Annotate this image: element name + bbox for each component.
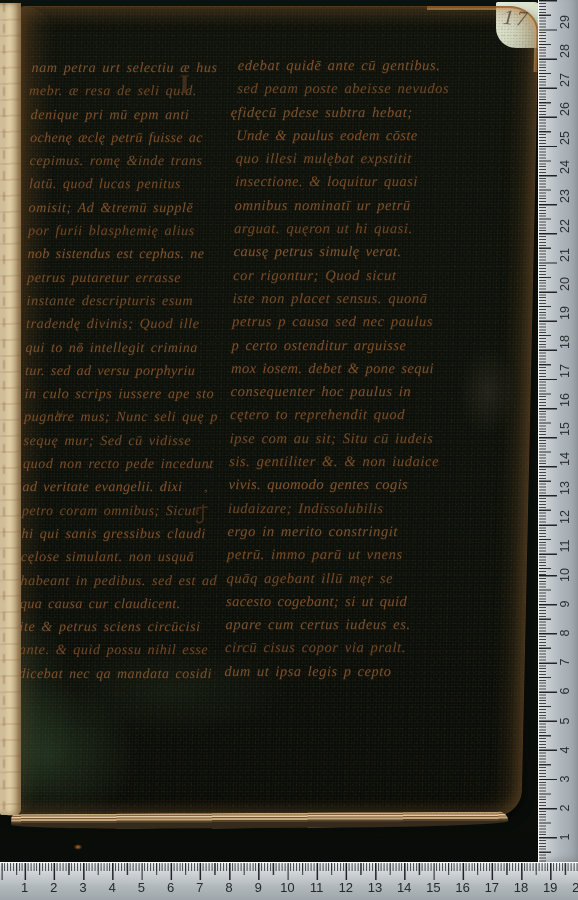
ruler-number: 12 [335,880,357,895]
manuscript-text-line: cęlose simulant. non usquā [21,546,218,569]
ruler-number: 10 [276,880,298,895]
photo-background: nam petra urt selectiu æ husmebr. æ resa… [0,0,578,900]
manuscript-text-line: quāq agebant illū męr se [226,568,479,591]
margin-mark: , [207,455,211,471]
manuscript-text-line: ergo in merito constringit [227,521,480,544]
manuscript-text-line: hi qui sanis gressibus claudi [21,523,218,546]
page-fold-crease [3,3,5,815]
manuscript-text-line: por furii blasphemię alius [28,220,225,243]
manuscript-text-line: apare cum certus iudeus es. [225,614,478,637]
manuscript-text-line: ite & petrus sciens circūcisi [19,616,216,639]
ruler-number: 5 [555,709,575,733]
ruler-number: 15 [422,880,444,895]
manuscript-text-line: pugnare mus; Nunc seli quę p [24,406,221,429]
horizontal-ruler: 1234567891011121314151617181920 [0,862,578,900]
ruler-number: 2 [555,796,575,820]
ruler-number: 2 [43,880,65,895]
manuscript-text-line: insectione. & loquitur quasi [235,171,484,194]
ruler-number: 11 [555,534,575,558]
manuscript-text-line: arguat. quęron ut hi quasi. [234,218,487,241]
manuscript-text-line: p certo ostenditur arguisse [231,335,480,358]
manuscript-text-line: instante descripturis esum [26,290,223,313]
stacked-page-edges [11,812,508,830]
ruler-number: 14 [555,447,575,471]
ruler-number: 18 [555,330,575,354]
manuscript-text-line: circū cisus copor via pralt. [225,637,478,660]
manuscript-text-line: petrū. immo parū ut vnens [227,544,480,567]
manuscript-text-line: in culo scrips iussere ape sto [24,383,221,406]
ruler-number: 9 [247,880,269,895]
ruler-number: 9 [555,592,575,616]
ruler-number: 20 [555,272,575,296]
manuscript-text-line: tradendę divinis; Quod ille [26,313,223,336]
ruler-number: 18 [510,880,532,895]
manuscript-text-line: omisit; Ad &tremū supplē [28,197,225,220]
ruler-number: 7 [555,650,575,674]
ruler-number: 24 [555,155,575,179]
margin-mark: , [204,479,208,495]
ruler-number: 13 [364,880,386,895]
facing-page-edge [0,3,21,815]
manuscript-text-line: consequenter hoc paulus in [230,381,483,404]
ruler-number: 3 [555,767,575,791]
ruler-number: 10 [555,563,575,587]
manuscript-text-line: omnibus nominatī ur petrū [234,195,487,218]
nota-mark-icon [194,501,211,527]
left-text-column: nam petra urt selectiu æ husmebr. æ resa… [18,57,228,686]
interlinear-correction: m [76,343,83,353]
manuscript-text-line: qui to nō intellegit crimina [25,337,219,360]
ruler-number: 4 [101,880,123,895]
manuscript-text-line: causę petrus simulę verat. [233,241,486,264]
ruler-number: 7 [189,880,211,895]
manuscript-text-line: sacesto cogebant; si ut quid [226,591,479,614]
ruler-number: 17 [481,880,503,895]
ruler-number: 1 [555,825,575,849]
manuscript-text-line: vivis. quomodo gentes cogis [228,474,481,497]
manuscript-text-line: ochenę æclę petrū fuisse ac [30,127,227,150]
ruler-number: 13 [555,476,575,500]
manuscript-text-line: petrus putaretur errasse [27,267,224,290]
manuscript-text-line: tur. sed ad versu porphyriu [25,360,222,383]
manuscript-text-line: dicebat nec qa mandata cosidi [18,663,212,686]
ruler-number: 16 [555,388,575,412]
ruler-number: 6 [160,880,182,895]
vertical-ruler: 1234567891011121314151617181920212223242… [538,0,578,866]
manuscript-text-line: quo illesi mulębat expstitit [235,148,488,171]
manuscript-text-line: petro coram omnibus; Sicut [22,500,216,523]
manuscript-text-line: ad veritate evangelii. dixi [22,476,219,499]
manuscript-text-line: edebat quidē ante cū gentibus. [237,55,490,78]
ruler-number: 29 [555,10,575,34]
manuscript-text-line: cętero to reprehendit quod [230,404,483,427]
manuscript-text-line: sequę mur; Sed cū vidisse [23,430,220,453]
manuscript-text-line: denique pri mū epm anti [30,104,227,127]
ruler-number: 19 [539,880,561,895]
manuscript-text-line: quod non recto pede incedunt [23,453,220,476]
folio-number: 17 [502,5,531,32]
manuscript-text-line: mebr. æ resa de seli quid. [29,80,228,103]
interlinear-correction: bi [56,409,63,419]
ruler-number: 6 [555,679,575,703]
right-text-column: edebat quidē ante cū gentibus.sed peam p… [224,55,490,684]
ruler-number: 4 [555,738,575,762]
manuscript-text-line: cor rigontur; Quod sicut [233,265,486,288]
ruler-number: 17 [555,359,575,383]
manuscript-text-line: ante. & quid possu nihil esse [19,639,216,662]
manuscript-text-line: ipse com au sit; Situ cū iudeis [229,428,482,451]
ruler-number: 19 [555,301,575,325]
manuscript-text-line: nob sistendus est cephas. ne [27,243,224,266]
manuscript-text-line: mox iosem. debet & pone sequi [231,358,484,381]
ruler-number: 26 [555,97,575,121]
ruler-number: 8 [555,621,575,645]
ruler-number: 22 [555,214,575,238]
ruler-number: 8 [218,880,240,895]
ruler-number: 28 [555,39,575,63]
manuscript-page: nam petra urt selectiu æ husmebr. æ resa… [2,6,539,816]
manuscript-text-line: latū. quod lucas penitus [29,173,223,196]
ruler-number: 21 [555,243,575,267]
manuscript-text-line: dum ut ipsa legis p cepto [224,661,473,684]
manuscript-text-line: iudaizare; Indissolubilis [228,498,477,521]
ruler-number: 5 [130,880,152,895]
ruler-number: 16 [452,880,474,895]
manuscript-text-line: sis. gentiliter &. & non iudaice [229,451,482,474]
ruler-number: 1 [14,880,36,895]
ruler-cm-ticks [0,863,578,880]
manuscript-text-line: qua causa cur claudicent. [20,593,217,616]
manuscript-text-line: iste non placet sensus. quonā [232,288,485,311]
ruler-number: 15 [555,417,575,441]
ruler-number: 3 [72,880,94,895]
manuscript-text-line: cepimus. romę &inde trans [29,150,226,173]
paragraph-initial: I [179,71,190,98]
manuscript-text-line: sed peam poste abeisse nevudos [237,78,490,101]
ruler-number: 14 [393,880,415,895]
ruler-number: 12 [555,505,575,529]
ruler-number: 23 [555,184,575,208]
manuscript-text-line: habeant in pedibus. sed est ad [20,570,217,593]
ruler-number: 25 [555,126,575,150]
manuscript-text-line: ęfidęcū pdese subtra hebat; [230,102,489,125]
manuscript-text-line: nam petra urt selectiu æ hus [31,57,228,80]
manuscript-text-line: Unde & paulus eodem cōste [236,125,489,148]
ruler-number: 27 [555,68,575,92]
ruler-number: 11 [306,880,328,895]
manuscript-text-line: petrus p causa sed nec paulus [232,311,485,334]
ruler-number: 20 [568,880,578,895]
